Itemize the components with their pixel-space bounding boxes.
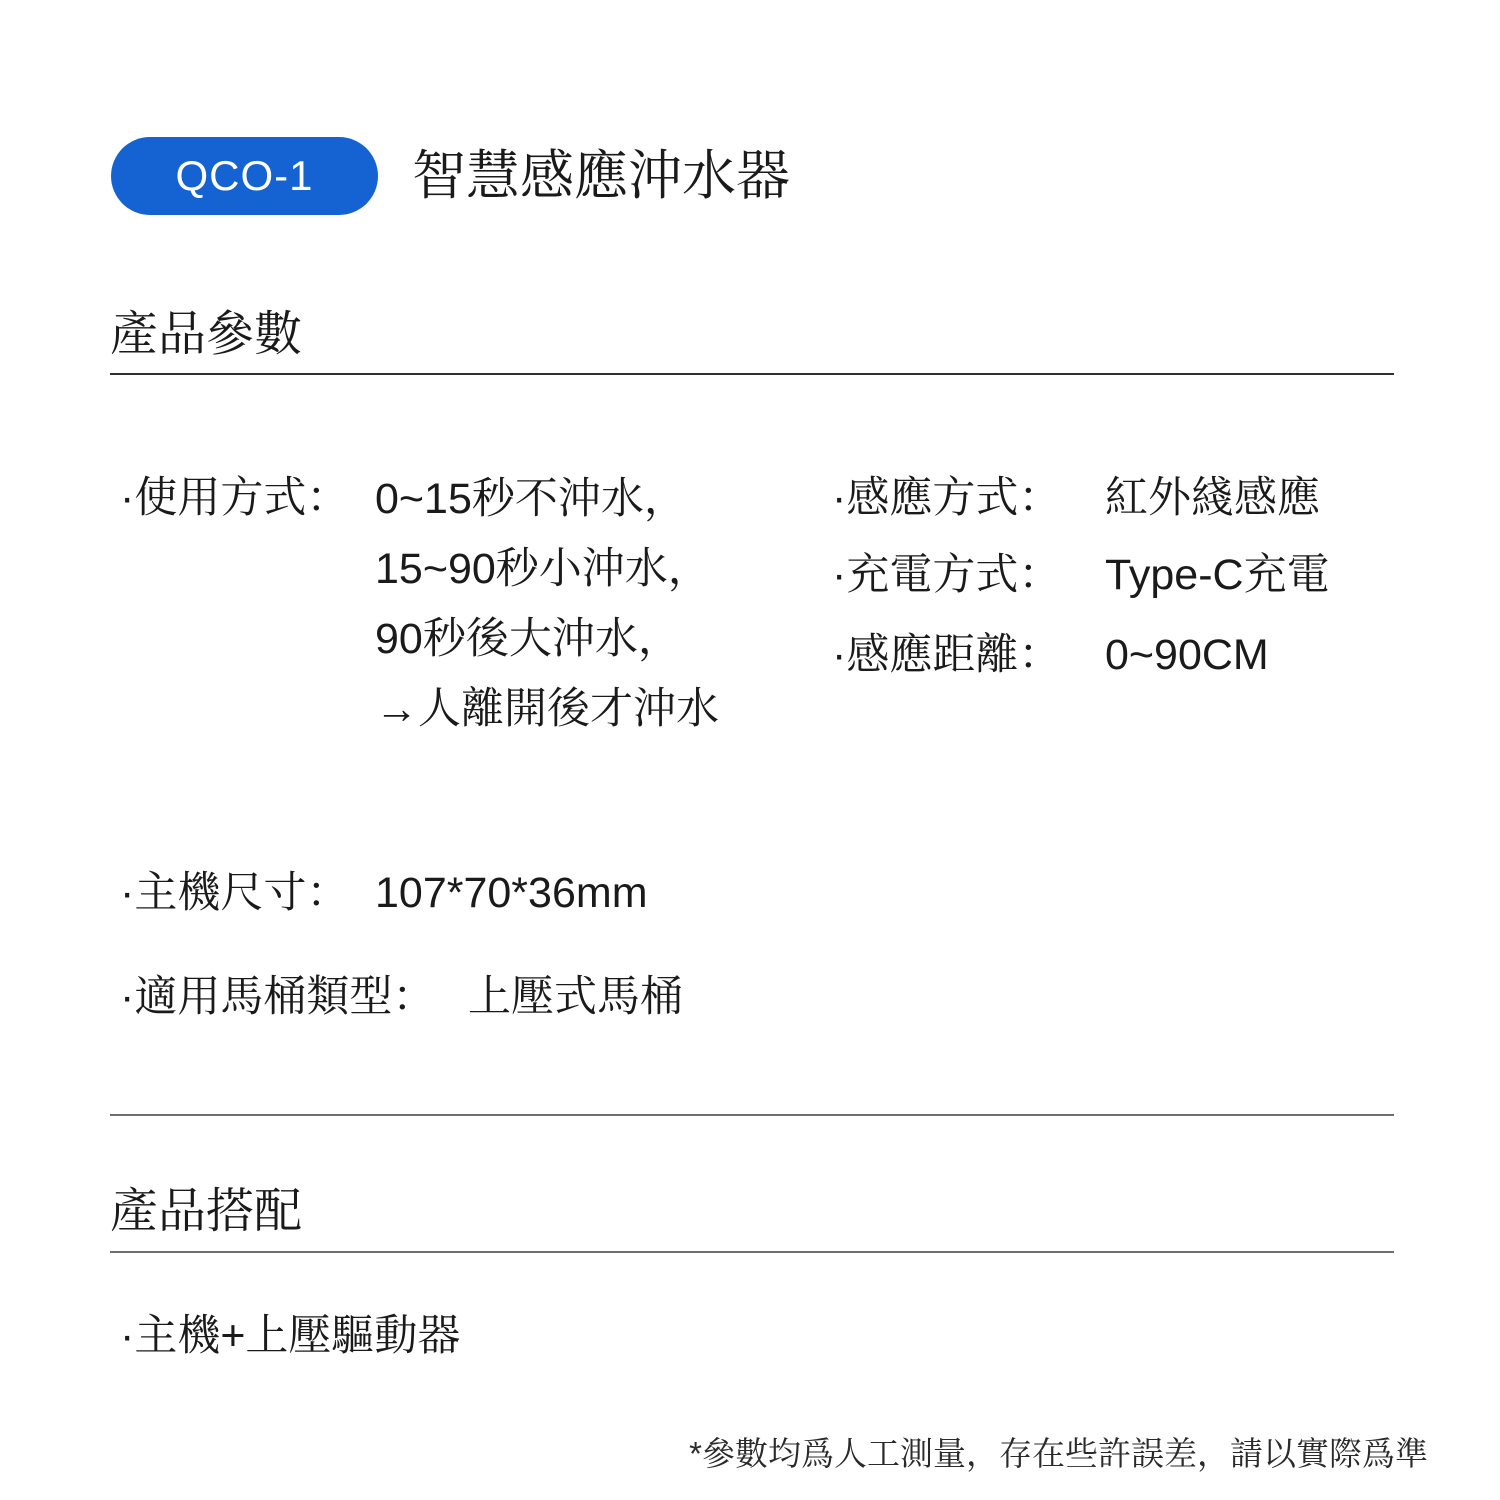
host-size-label: ·主機尺寸：: [120, 872, 375, 915]
params-section-heading: 產品參數: [110, 305, 302, 365]
sensor-mode-label: ·感應方式：: [832, 477, 1105, 520]
sensing-distance-label: ·感應距離：: [832, 634, 1105, 677]
usage-mode-label: ·使用方式：: [120, 477, 349, 520]
sensing-distance-row: ·感應距離： 0~90CM: [832, 634, 1269, 677]
usage-mode-value: 0~15秒不沖水， 15~90秒小沖水， 90秒後大沖水， →人離開後才沖水: [375, 464, 719, 744]
disclaimer-note: *參數均爲人工測量，存在些許誤差，請以實際爲準: [689, 1434, 1428, 1474]
model-badge: QCO-1: [111, 137, 378, 215]
product-title: 智慧感應沖水器: [412, 137, 790, 215]
charging-mode-value: Type-C充電: [1105, 554, 1330, 597]
host-size-value: 107*70*36mm: [375, 872, 648, 915]
usage-line-2: 15~90秒小沖水，: [375, 534, 719, 604]
sensing-distance-value: 0~90CM: [1105, 634, 1269, 677]
pairing-section-heading: 產品搭配: [110, 1182, 302, 1242]
model-badge-label: QCO-1: [175, 155, 313, 197]
sensor-mode-value: 紅外綫感應: [1105, 477, 1320, 520]
product-spec-page: QCO-1 智慧感應沖水器 產品參數 ·使用方式： 0~15秒不沖水， 15~9…: [0, 0, 1500, 1500]
section-divider: [110, 1114, 1394, 1116]
usage-line-4: →人離開後才沖水: [375, 674, 719, 744]
host-size-row: ·主機尺寸： 107*70*36mm: [120, 872, 648, 915]
toilet-type-label: ·適用馬桶類型：: [120, 976, 468, 1019]
params-heading-underline: [110, 373, 1394, 375]
usage-line-3: 90秒後大沖水，: [375, 604, 719, 674]
usage-line-1: 0~15秒不沖水，: [375, 464, 719, 534]
charging-mode-row: ·充電方式： Type-C充電: [832, 554, 1330, 597]
charging-mode-label: ·充電方式：: [832, 554, 1105, 597]
pairing-item: ·主機+上壓驅動器: [120, 1315, 460, 1358]
sensor-mode-row: ·感應方式： 紅外綫感應: [832, 477, 1320, 520]
toilet-type-value: 上壓式馬桶: [468, 976, 683, 1019]
toilet-type-row: ·適用馬桶類型： 上壓式馬桶: [120, 976, 683, 1019]
pairing-heading-underline: [110, 1251, 1394, 1253]
